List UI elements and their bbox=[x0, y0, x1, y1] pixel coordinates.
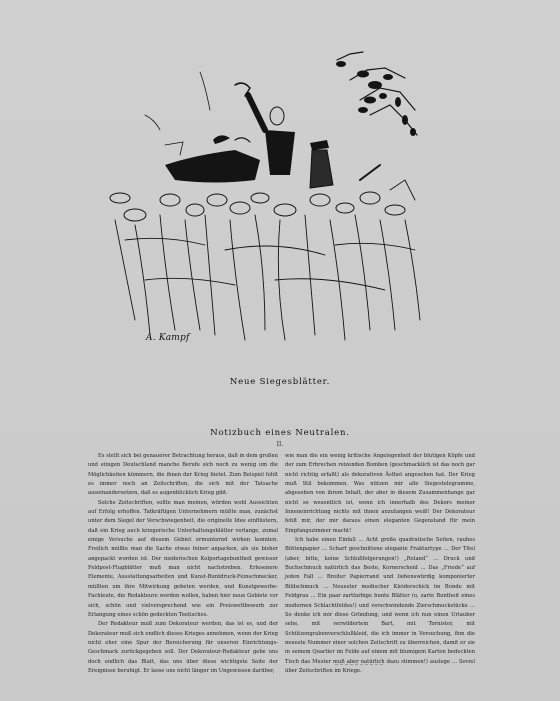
document-page: A. Kampf Neue Siegesblätter. Notizbuch e… bbox=[0, 0, 560, 701]
article-column-left: Es stellt sich bei genauerer Betrachtung… bbox=[88, 452, 278, 676]
paragraph: Der Redakteur muß zum Dekorateur werden,… bbox=[88, 620, 278, 676]
paragraph: Solche Zeitschriften, sollte man meinen,… bbox=[88, 499, 278, 620]
paragraph: Ich habe einen Einfall ... Acht große qu… bbox=[285, 536, 475, 676]
artist-signature: A. Kampf bbox=[146, 333, 190, 343]
article-column-right: wie man die ein wenig kritische Angelege… bbox=[285, 452, 475, 676]
crowd-drawing-icon bbox=[105, 40, 445, 355]
article-part-number: II. bbox=[0, 441, 560, 448]
article-title: Notizbuch eines Neutralen. bbox=[0, 428, 560, 438]
crowd-illustration bbox=[105, 40, 445, 355]
end-divider bbox=[335, 664, 383, 665]
paragraph: wie man die ein wenig kritische Angelege… bbox=[285, 452, 475, 536]
paragraph: Es stellt sich bei genauerer Betrachtung… bbox=[88, 452, 278, 499]
illustration-caption: Neue Siegesblätter. bbox=[0, 377, 560, 387]
